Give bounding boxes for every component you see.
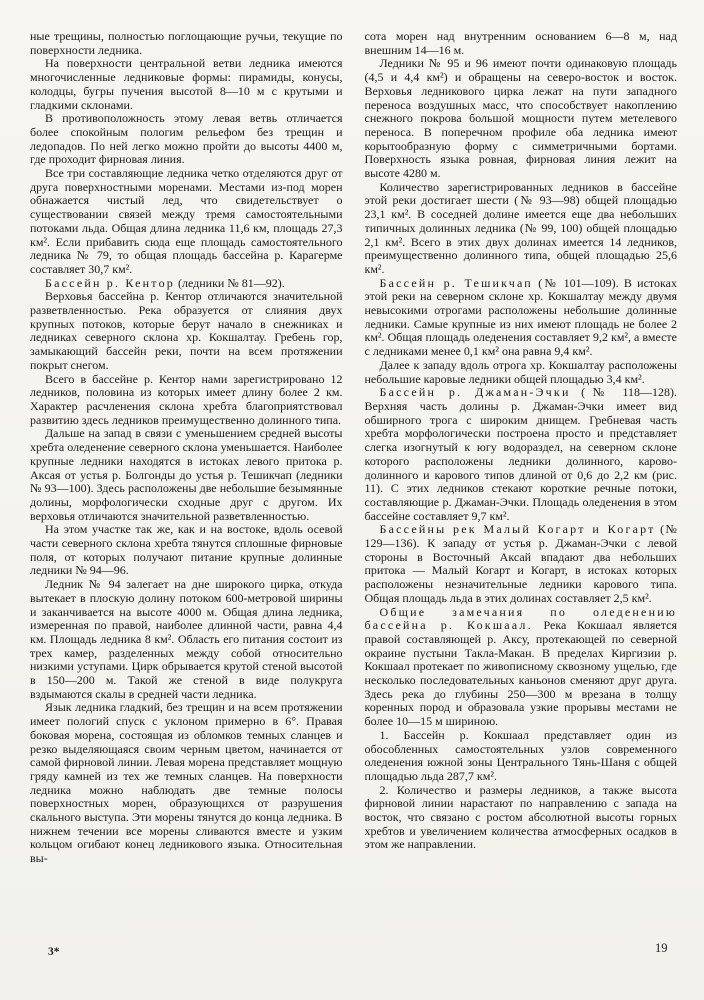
paragraph: 2. Количество и размеры ледников, а такж… xyxy=(365,784,678,853)
paragraph: Бассейн р. Тешикчап (№ 101—109). В исток… xyxy=(365,277,678,359)
text-run: Далее к западу вдоль отрога хр. Кокшалта… xyxy=(365,358,678,386)
paragraph: На поверхности центральной ветви ледника… xyxy=(30,57,343,112)
text-run: На поверхности центральной ветви ледника… xyxy=(30,56,343,111)
text-run: ные трещины, полностью поглощающие ручьи… xyxy=(30,30,343,57)
text-run: Верховья бассейна р. Кентор отличаются з… xyxy=(30,289,343,372)
signature-mark: 3* xyxy=(48,946,60,958)
text-run: На этом участке так же, как и на востоке… xyxy=(30,522,343,577)
page-number: 19 xyxy=(655,941,668,956)
paragraph: Верховья бассейна р. Кентор отличаются з… xyxy=(30,290,343,372)
section-heading: Бассейн р. Джаман-Эчки xyxy=(380,385,571,399)
paragraph: Ледники № 95 и 96 имеют почти одинаковую… xyxy=(365,57,678,180)
paragraph: Бассейн р. Джаман-Эчки (№ 118—128). Верх… xyxy=(365,386,678,523)
text-run: Ледники № 95 и 96 имеют почти одинаковую… xyxy=(365,56,678,180)
text-run: Всего в бассейне р. Кентор нами зарегист… xyxy=(30,372,343,427)
text-run: (ледники № 81—92). xyxy=(175,276,285,290)
book-page: ные трещины, полностью поглощающие ручьи… xyxy=(0,0,704,1000)
text-run: Все три составляющие ледника четко отдел… xyxy=(30,166,343,276)
text-run: Река Кокшаал является правой составляюще… xyxy=(365,618,678,728)
text-run: В противоположность этому левая ветвь от… xyxy=(30,111,343,166)
text-run: Язык ледника гладкий, без трещин и на вс… xyxy=(30,700,343,865)
paragraph: Общие замечания по оледенению бассейна р… xyxy=(365,606,678,729)
paragraph: Ледник № 94 залегает на дне широкого цир… xyxy=(30,578,343,701)
paragraph: ные трещины, полностью поглощающие ручьи… xyxy=(30,30,343,57)
paragraph: На этом участке так же, как и на востоке… xyxy=(30,523,343,578)
text-run: сота морен над внутренним основанием 6—8… xyxy=(365,30,678,57)
section-heading: Бассейн р. Тешикчап xyxy=(380,276,533,290)
paragraph: Далее к западу вдоль отрога хр. Кокшалта… xyxy=(365,359,678,386)
text-run: 2. Количество и размеры ледников, а такж… xyxy=(365,783,678,852)
paragraph: Дальше на запад в связи с уменьшением ср… xyxy=(30,427,343,523)
text-column-right: сота морен над внутренним основанием 6—8… xyxy=(365,30,678,942)
section-heading: Бассейны рек Малый Когарт и Когарт xyxy=(380,522,656,536)
text-run: Ледник № 94 залегает на дне широкого цир… xyxy=(30,577,343,701)
paragraph: 1. Бассейн р. Кокшаал представляет один … xyxy=(365,729,678,784)
paragraph: Всего в бассейне р. Кентор нами зарегист… xyxy=(30,373,343,428)
text-column-left: ные трещины, полностью поглощающие ручьи… xyxy=(30,30,343,942)
paragraph: В противоположность этому левая ветвь от… xyxy=(30,112,343,167)
paragraph: Язык ледника гладкий, без трещин и на вс… xyxy=(30,701,343,865)
text-run: Дальше на запад в связи с уменьшением ср… xyxy=(30,426,343,522)
text-run: (№ 118—128). Верхняя часть долины р. Джа… xyxy=(365,385,678,522)
paragraph: Количество зарегистрированных ледников в… xyxy=(365,181,678,277)
paragraph: сота морен над внутренним основанием 6—8… xyxy=(365,30,678,57)
text-columns: ные трещины, полностью поглощающие ручьи… xyxy=(30,30,677,942)
paragraph: Бассейны рек Малый Когарт и Когарт (№ 12… xyxy=(365,523,678,605)
section-heading: Бассейн р. Кентор xyxy=(45,276,175,290)
paragraph: Все три составляющие ледника четко отдел… xyxy=(30,167,343,277)
text-run: Количество зарегистрированных ледников в… xyxy=(365,180,678,276)
paragraph: Бассейн р. Кентор (ледники № 81—92). xyxy=(30,277,343,291)
text-run: 1. Бассейн р. Кокшаал представляет один … xyxy=(365,728,678,783)
